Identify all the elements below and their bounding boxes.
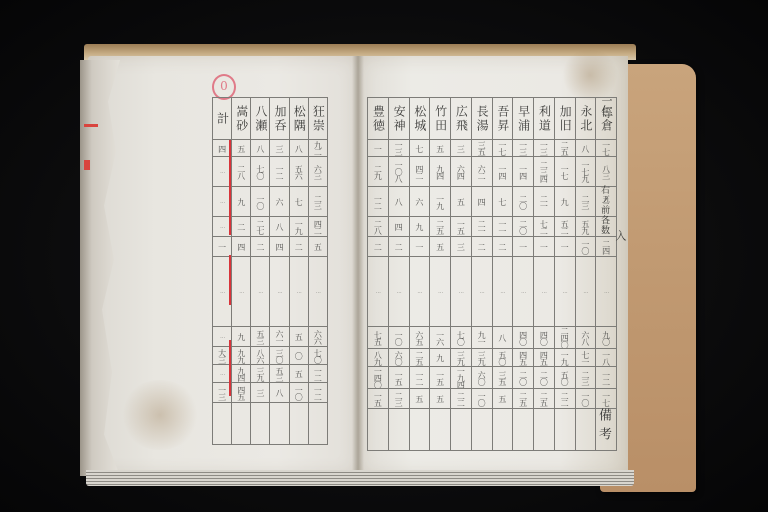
table-cell: 五三 (251, 327, 270, 347)
table-cell: 一〇 (575, 389, 596, 409)
table-cell: 三 (251, 383, 270, 403)
table-cell: 四二 (409, 157, 430, 187)
table-cell: 一〇 (388, 327, 409, 349)
empty-cell (451, 409, 472, 451)
red-pencil-line (229, 255, 231, 305)
empty-cell (534, 409, 555, 451)
empty-cell (430, 409, 451, 451)
table-cell: 三五 (492, 367, 513, 389)
table-cell: 一五 (451, 217, 472, 237)
table-cell: 一六 (430, 327, 451, 349)
table-cell: 三五 (471, 140, 492, 157)
table-cell: 八九 (368, 349, 389, 367)
empty-cell (289, 403, 308, 445)
table-cell: 六 (409, 187, 430, 217)
table-cell: 二 (232, 217, 251, 237)
table-cell: 二三 (308, 187, 327, 217)
table-cell: … (534, 257, 555, 327)
table-cell: 二三 (388, 389, 409, 409)
table-cell: 一 (513, 237, 534, 257)
table-cell: 三九 (251, 365, 270, 383)
table-cell: 一 (368, 140, 389, 157)
table-cell: 六〇 (471, 367, 492, 389)
table-cell: … (430, 257, 451, 327)
column-header: 加旧 (554, 98, 575, 140)
table-cell: 三 (270, 140, 289, 157)
table-cell: 一〇 (251, 187, 270, 217)
empty-cell (232, 403, 251, 445)
table-cell: 七〇 (251, 157, 270, 187)
table-cell: 一二 (308, 383, 327, 403)
table-cell: 六三 (308, 157, 327, 187)
red-mark (84, 160, 90, 170)
table-cell: 一五 (430, 367, 451, 389)
column-header: 八瀬 (251, 98, 270, 140)
table-cell: 八 (289, 140, 308, 157)
table-cell: 一九四 (451, 367, 472, 389)
table-cell: 二二 (554, 389, 575, 409)
right-ledger-table: 豊徳安神松城竹田広飛長湯吾昇早浦利道加旧永北仁倉一一三七五三三五一七一三一三二五… (367, 97, 617, 451)
table-cell: 九 (232, 187, 251, 217)
table-cell: 一一 (492, 217, 513, 237)
table-cell: 一 (213, 237, 232, 257)
table-cell: 一二 (368, 187, 389, 217)
margin-note: 入 (612, 230, 628, 242)
table-cell: … (270, 257, 289, 327)
table-cell: 八 (270, 383, 289, 403)
table-cell: 四〇 (534, 327, 555, 349)
table-cell: 一〇 (471, 389, 492, 409)
table-cell: 八 (388, 187, 409, 217)
table-cell: 二八 (368, 217, 389, 237)
table-cell: 八 (270, 217, 289, 237)
table-cell: 九四 (232, 365, 251, 383)
table-cell: 一四 (513, 157, 534, 187)
table-cell: 五三 (270, 365, 289, 383)
table-cell: 二 (492, 237, 513, 257)
table-cell: 七〇 (308, 347, 327, 365)
table-cell: 九一 (471, 327, 492, 349)
table-cell: 一八 (596, 349, 617, 367)
table-cell: 一三 (513, 140, 534, 157)
table-cell: 五 (430, 237, 451, 257)
table-cell: 二〇 (534, 367, 555, 389)
table-cell: 五 (492, 389, 513, 409)
table-cell: 五 (430, 389, 451, 409)
table-cell: 三九 (471, 349, 492, 367)
table-cell: 九 (554, 187, 575, 217)
table-cell: 七二 (534, 217, 555, 237)
table-cell: 八三 (596, 157, 617, 187)
table-cell: … (289, 257, 308, 327)
column-header: 安神 (388, 98, 409, 140)
table-cell: 一七九 (575, 157, 596, 187)
column-header: 利道 (534, 98, 555, 140)
table-cell: 六五 (409, 327, 430, 349)
book-gutter (352, 56, 364, 476)
table-cell: 一七 (596, 389, 617, 409)
column-header: 計 (213, 98, 232, 140)
table-cell: 四五 (534, 349, 555, 367)
empty-cell (213, 403, 232, 445)
table-cell: 五〇 (554, 367, 575, 389)
table-cell: 一九 (289, 217, 308, 237)
table-cell: 一五 (388, 367, 409, 389)
table-cell: … (513, 257, 534, 327)
column-header: 嵩砂 (232, 98, 251, 140)
table-cell: 四 (471, 187, 492, 217)
table-cell: 七 (492, 187, 513, 217)
table-cell: 六〇 (388, 349, 409, 367)
table-cell: 二 (368, 237, 389, 257)
table-cell: 九四 (430, 157, 451, 187)
table-cell: 二五 (534, 389, 555, 409)
table-cell: 一三 (534, 140, 555, 157)
table-cell: … (596, 257, 617, 327)
column-header: 広飛 (451, 98, 472, 140)
table-cell: 五 (409, 389, 430, 409)
table-cell: … (492, 257, 513, 327)
table-cell: 二〇 (513, 367, 534, 389)
table-cell: 三 (451, 237, 472, 257)
empty-cell (471, 409, 492, 451)
table-cell: 四 (270, 237, 289, 257)
red-pencil-line (229, 140, 231, 235)
empty-cell (368, 409, 389, 451)
table-cell: … (471, 257, 492, 327)
table-cell: 五 (430, 140, 451, 157)
table-cell: 六 (270, 187, 289, 217)
table-cell: 三〇 (270, 347, 289, 365)
table-cell: 二九 (368, 157, 389, 187)
table-cell: 二五 (513, 389, 534, 409)
red-mark (84, 124, 98, 127)
table-cell: 一 (409, 237, 430, 257)
column-header: 加呑 (270, 98, 289, 140)
table-cell: 二四〇 (554, 327, 575, 349)
table-cell: 一二 (308, 365, 327, 383)
table-cell: 四〇 (513, 327, 534, 349)
table-cell: 六二 (471, 157, 492, 187)
table-cell: 五二 (554, 217, 575, 237)
table-cell: 二 (251, 237, 270, 257)
column-header: 竹田 (430, 98, 451, 140)
table-cell: 一七 (596, 140, 617, 157)
table-cell: 二五 (409, 349, 430, 367)
table-cell: 一二 (596, 367, 617, 389)
empty-cell (554, 409, 575, 451)
table-cell: … (368, 257, 389, 327)
table-cell: 六四 (451, 157, 472, 187)
table-cell: 一五 (368, 389, 389, 409)
table-cell: 五 (289, 327, 308, 347)
table-cell: 三 (451, 140, 472, 157)
table-cell: 五九 (575, 217, 596, 237)
table-cell: 二 (289, 237, 308, 257)
table-cell: 一九 (554, 349, 575, 367)
table-cell: 二一 (471, 217, 492, 237)
column-header: 松隅 (289, 98, 308, 140)
table-cell: 二三 (575, 187, 596, 217)
table-cell: 七 (289, 187, 308, 217)
table-cell: 九 (409, 217, 430, 237)
table-cell: … (388, 257, 409, 327)
table-cell: 四五 (513, 349, 534, 367)
column-header: 永北 (575, 98, 596, 140)
table-cell: 九 (232, 327, 251, 347)
column-header: 豊徳 (368, 98, 389, 140)
empty-cell (492, 409, 513, 451)
table-cell: 七〇 (451, 327, 472, 349)
table-cell: 七 (409, 140, 430, 157)
empty-cell (270, 403, 289, 445)
table-cell: … (251, 257, 270, 327)
table-cell: 二五 (554, 140, 575, 157)
table-cell: 五 (451, 187, 472, 217)
table-cell: 二一 (534, 187, 555, 217)
table-cell: 一九 (430, 187, 451, 217)
margin-note: 右ノ前各数 (598, 185, 611, 235)
table-cell: 八 (575, 140, 596, 157)
table-cell: … (308, 257, 327, 327)
table-cell: 七五 (368, 327, 389, 349)
column-header: 長湯 (471, 98, 492, 140)
table-cell: 一〇 (575, 237, 596, 257)
column-header: 狂崇 (308, 98, 327, 140)
table-cell: 一七 (492, 140, 513, 157)
empty-cell (513, 409, 534, 451)
empty-cell (409, 409, 430, 451)
table-cell: 三九 (451, 349, 472, 367)
table-cell: 六六 (308, 327, 327, 347)
table-cell: 一二 (409, 367, 430, 389)
column-header: 早浦 (513, 98, 534, 140)
margin-note: 一等 (598, 95, 614, 119)
table-cell: 五 (289, 365, 308, 383)
table-cell: 八 (492, 327, 513, 349)
table-cell: 二二 (451, 389, 472, 409)
table-cell: 一二 (270, 157, 289, 187)
table-cell: 六一 (270, 327, 289, 347)
table-cell: 二 (388, 237, 409, 257)
table-cell: 七一 (575, 349, 596, 367)
table-cell: 九九 (232, 347, 251, 365)
red-pencil-line (229, 340, 231, 396)
table-cell: 五六 (289, 157, 308, 187)
remarks-label: 備考 (594, 408, 613, 446)
table-cell: 六八 (575, 327, 596, 349)
table-cell: 一七 (554, 157, 575, 187)
empty-cell (308, 403, 327, 445)
table-cell: 一 (534, 237, 555, 257)
table-cell: 〇 (289, 347, 308, 365)
table-cell: 二三 (575, 367, 596, 389)
table-cell: 二〇 (513, 187, 534, 217)
empty-cell (388, 409, 409, 451)
table-cell: 一〇 (289, 383, 308, 403)
table-cell: 二五 (430, 217, 451, 237)
table-cell: 一三 (388, 140, 409, 157)
table-cell: 五 (308, 237, 327, 257)
table-cell: 四五 (232, 383, 251, 403)
empty-cell (251, 403, 270, 445)
table-cell: 一四〇 (368, 367, 389, 389)
column-header: 吾昇 (492, 98, 513, 140)
table-cell: 二 (471, 237, 492, 257)
table-cell: 四 (232, 237, 251, 257)
table-cell: 二七 (251, 217, 270, 237)
table-cell: 四 (388, 217, 409, 237)
table-cell: 九 (430, 349, 451, 367)
table-cell: … (554, 257, 575, 327)
page-stack (86, 470, 634, 486)
table-cell: 一四 (492, 157, 513, 187)
table-cell: 二八 (232, 157, 251, 187)
table-cell: … (232, 257, 251, 327)
table-cell: … (451, 257, 472, 327)
table-cell: 九〇 (596, 327, 617, 349)
table-cell: 一〇八 (388, 157, 409, 187)
table-cell: 九二 (308, 140, 327, 157)
table-cell: 五 (232, 140, 251, 157)
table-cell: 八六 (251, 347, 270, 365)
table-cell: … (575, 257, 596, 327)
table-cell: 五〇 (492, 349, 513, 367)
table-cell: … (409, 257, 430, 327)
empty-cell (575, 409, 596, 451)
table-cell: 一 (554, 237, 575, 257)
table-cell: 二三四 (534, 157, 555, 187)
table-cell: 四二 (308, 217, 327, 237)
paper-stain (120, 380, 200, 450)
table-cell: 八 (251, 140, 270, 157)
column-header: 松城 (409, 98, 430, 140)
paper-stain (560, 50, 620, 100)
table-cell: 二〇 (513, 217, 534, 237)
